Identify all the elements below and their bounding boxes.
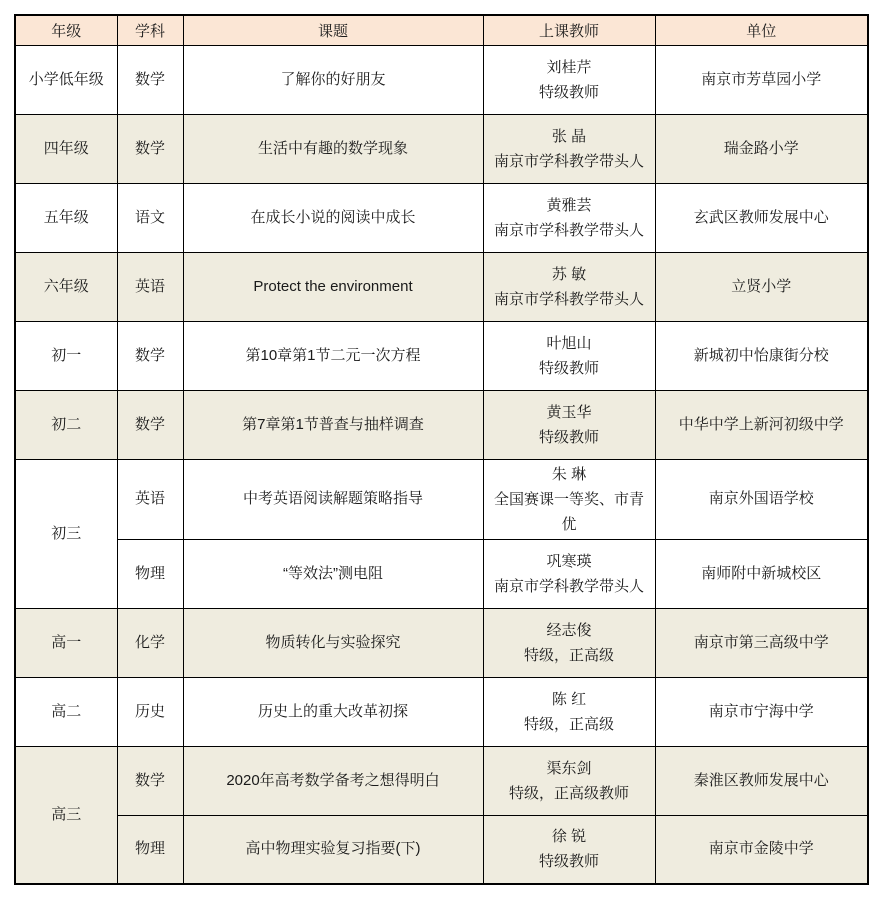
teacher-name: 经志俊 (490, 618, 649, 643)
topic-cell: 第7章第1节普查与抽样调查 (183, 390, 483, 459)
unit-cell: 新城初中怡康街分校 (655, 321, 868, 390)
topic-cell: 中考英语阅读解题策略指导 (183, 459, 483, 539)
page: 年级 学科 课题 上课教师 单位 小学低年级 数学 了解你的好朋友 刘桂芹 特级… (0, 0, 878, 902)
topic-cell: “等效法”测电阻 (183, 539, 483, 608)
teacher-cell: 黄雅芸 南京市学科教学带头人 (483, 183, 655, 252)
topic-cell: 历史上的重大改革初探 (183, 677, 483, 746)
teacher-title: 全国赛课一等奖、市青优 (490, 487, 649, 537)
unit-cell: 立贤小学 (655, 252, 868, 321)
teacher-name: 刘桂芹 (490, 55, 649, 80)
subject-cell: 英语 (117, 252, 183, 321)
teacher-cell: 渠东剑 特级，正高级教师 (483, 746, 655, 815)
table-row: 高一 化学 物质转化与实验探究 经志俊 特级，正高级 南京市第三高级中学 (15, 608, 868, 677)
grade-cell: 四年级 (15, 114, 117, 183)
teacher-title: 特级，正高级 (490, 643, 649, 668)
teacher-cell: 刘桂芹 特级教师 (483, 45, 655, 114)
unit-cell: 南京外国语学校 (655, 459, 868, 539)
table-row: 初一 数学 第10章第1节二元一次方程 叶旭山 特级教师 新城初中怡康街分校 (15, 321, 868, 390)
teacher-name: 张 晶 (490, 124, 649, 149)
teacher-cell: 叶旭山 特级教师 (483, 321, 655, 390)
table-row: 五年级 语文 在成长小说的阅读中成长 黄雅芸 南京市学科教学带头人 玄武区教师发… (15, 183, 868, 252)
grade-cell: 初二 (15, 390, 117, 459)
teacher-title: 特级，正高级 (490, 712, 649, 737)
teacher-cell: 徐 锐 特级教师 (483, 815, 655, 884)
teacher-name: 朱 琳 (490, 462, 649, 487)
topic-cell: 2020年高考数学备考之想得明白 (183, 746, 483, 815)
header-unit: 单位 (655, 15, 868, 45)
subject-cell: 英语 (117, 459, 183, 539)
header-teacher: 上课教师 (483, 15, 655, 45)
subject-cell: 数学 (117, 746, 183, 815)
grade-cell: 六年级 (15, 252, 117, 321)
unit-cell: 南京市宁海中学 (655, 677, 868, 746)
unit-cell: 南京市芳草园小学 (655, 45, 868, 114)
table-row: 物理 高中物理实验复习指要(下) 徐 锐 特级教师 南京市金陵中学 (15, 815, 868, 884)
subject-cell: 历史 (117, 677, 183, 746)
subject-cell: 物理 (117, 815, 183, 884)
table-row: 初二 数学 第7章第1节普查与抽样调查 黄玉华 特级教师 中华中学上新河初级中学 (15, 390, 868, 459)
header-subject: 学科 (117, 15, 183, 45)
unit-cell: 南京市金陵中学 (655, 815, 868, 884)
topic-cell: 物质转化与实验探究 (183, 608, 483, 677)
teacher-name: 渠东剑 (490, 756, 649, 781)
teacher-name: 巩寒瑛 (490, 549, 649, 574)
topic-cell: Protect the environment (183, 252, 483, 321)
table-row: 小学低年级 数学 了解你的好朋友 刘桂芹 特级教师 南京市芳草园小学 (15, 45, 868, 114)
topic-cell: 高中物理实验复习指要(下) (183, 815, 483, 884)
subject-cell: 化学 (117, 608, 183, 677)
topic-cell: 在成长小说的阅读中成长 (183, 183, 483, 252)
header-grade: 年级 (15, 15, 117, 45)
grade-cell: 高一 (15, 608, 117, 677)
teacher-cell: 陈 红 特级，正高级 (483, 677, 655, 746)
lesson-schedule-table: 年级 学科 课题 上课教师 单位 小学低年级 数学 了解你的好朋友 刘桂芹 特级… (14, 14, 869, 885)
subject-cell: 物理 (117, 539, 183, 608)
unit-cell: 南京市第三高级中学 (655, 608, 868, 677)
teacher-title: 特级教师 (490, 356, 649, 381)
teacher-title: 南京市学科教学带头人 (490, 218, 649, 243)
subject-cell: 数学 (117, 114, 183, 183)
unit-cell: 玄武区教师发展中心 (655, 183, 868, 252)
teacher-title: 南京市学科教学带头人 (490, 574, 649, 599)
teacher-title: 特级教师 (490, 425, 649, 450)
grade-cell: 高二 (15, 677, 117, 746)
teacher-cell: 巩寒瑛 南京市学科教学带头人 (483, 539, 655, 608)
grade-cell: 初一 (15, 321, 117, 390)
teacher-cell: 朱 琳 全国赛课一等奖、市青优 (483, 459, 655, 539)
table-row: 物理 “等效法”测电阻 巩寒瑛 南京市学科教学带头人 南师附中新城校区 (15, 539, 868, 608)
grade-cell: 小学低年级 (15, 45, 117, 114)
subject-cell: 语文 (117, 183, 183, 252)
header-topic: 课题 (183, 15, 483, 45)
teacher-title: 南京市学科教学带头人 (490, 149, 649, 174)
table-row: 初三 英语 中考英语阅读解题策略指导 朱 琳 全国赛课一等奖、市青优 南京外国语… (15, 459, 868, 539)
subject-cell: 数学 (117, 45, 183, 114)
teacher-name: 叶旭山 (490, 331, 649, 356)
table-row: 高二 历史 历史上的重大改革初探 陈 红 特级，正高级 南京市宁海中学 (15, 677, 868, 746)
grade-cell-merged: 高三 (15, 746, 117, 884)
table-row: 六年级 英语 Protect the environment 苏 敏 南京市学科… (15, 252, 868, 321)
teacher-title: 特级教师 (490, 849, 649, 874)
unit-cell: 南师附中新城校区 (655, 539, 868, 608)
subject-cell: 数学 (117, 390, 183, 459)
teacher-name: 黄玉华 (490, 400, 649, 425)
teacher-title: 南京市学科教学带头人 (490, 287, 649, 312)
unit-cell: 秦淮区教师发展中心 (655, 746, 868, 815)
teacher-title: 特级教师 (490, 80, 649, 105)
teacher-name: 苏 敏 (490, 262, 649, 287)
grade-cell-merged: 初三 (15, 459, 117, 608)
teacher-title: 特级，正高级教师 (490, 781, 649, 806)
teacher-cell: 经志俊 特级，正高级 (483, 608, 655, 677)
topic-cell: 第10章第1节二元一次方程 (183, 321, 483, 390)
table-row: 高三 数学 2020年高考数学备考之想得明白 渠东剑 特级，正高级教师 秦淮区教… (15, 746, 868, 815)
unit-cell: 中华中学上新河初级中学 (655, 390, 868, 459)
teacher-name: 陈 红 (490, 687, 649, 712)
teacher-cell: 张 晶 南京市学科教学带头人 (483, 114, 655, 183)
header-row: 年级 学科 课题 上课教师 单位 (15, 15, 868, 45)
teacher-cell: 黄玉华 特级教师 (483, 390, 655, 459)
topic-cell: 了解你的好朋友 (183, 45, 483, 114)
topic-cell: 生活中有趣的数学现象 (183, 114, 483, 183)
teacher-name: 黄雅芸 (490, 193, 649, 218)
grade-cell: 五年级 (15, 183, 117, 252)
teacher-name: 徐 锐 (490, 824, 649, 849)
teacher-cell: 苏 敏 南京市学科教学带头人 (483, 252, 655, 321)
unit-cell: 瑞金路小学 (655, 114, 868, 183)
table-row: 四年级 数学 生活中有趣的数学现象 张 晶 南京市学科教学带头人 瑞金路小学 (15, 114, 868, 183)
subject-cell: 数学 (117, 321, 183, 390)
